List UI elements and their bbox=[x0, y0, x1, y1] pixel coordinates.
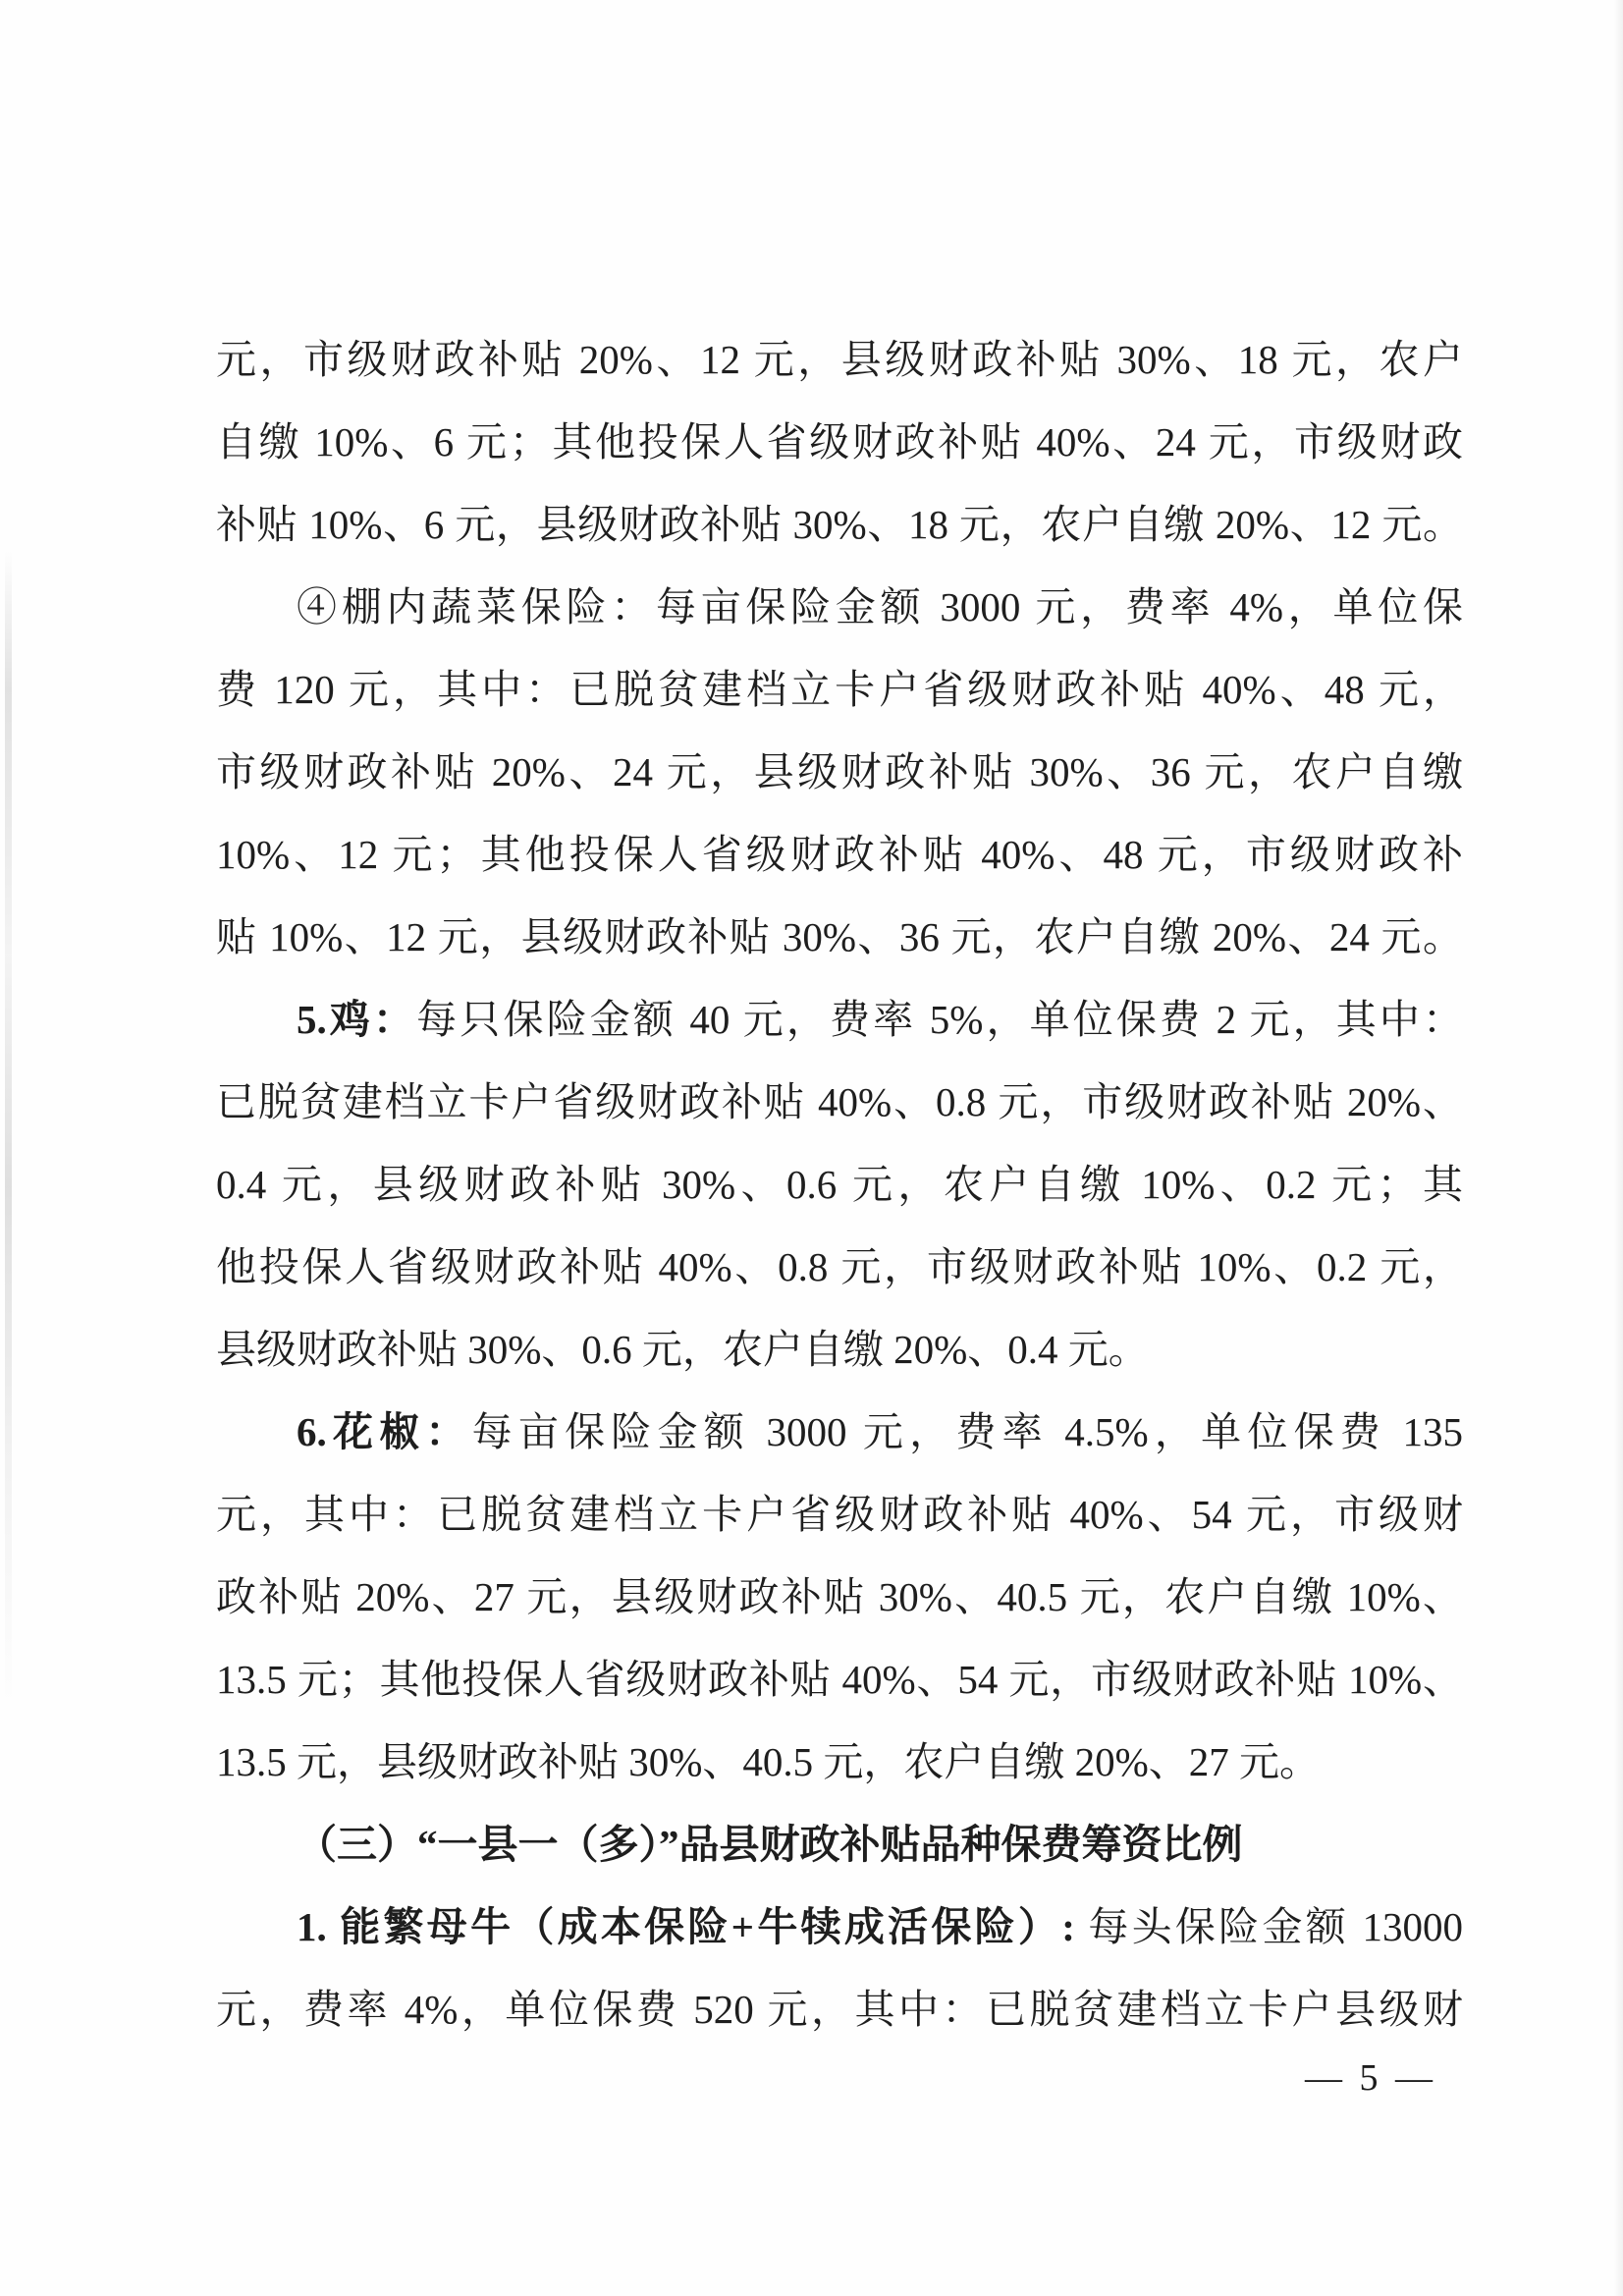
text-segment: 他投保人省级财政补贴 40%、0.8 元，市级财政补贴 10%、0.2 元， bbox=[216, 1244, 1463, 1289]
text-line: 他投保人省级财政补贴 40%、0.8 元，市级财政补贴 10%、0.2 元， bbox=[216, 1226, 1463, 1308]
scan-artifact-right-edge bbox=[1614, 0, 1623, 2296]
text-segment-bold: 6.花椒： bbox=[297, 1409, 472, 1454]
text-line: （三）“一县一（多）”品县财政补贴品种保费筹资比例 bbox=[216, 1803, 1463, 1886]
text-segment: 13.5 元，县级财政补贴 30%、40.5 元，农户自缴 20%、27 元。 bbox=[216, 1739, 1320, 1784]
text-line: 市级财政补贴 20%、24 元，县级财政补贴 30%、36 元，农户自缴 bbox=[216, 731, 1463, 813]
scan-artifact-left-edge bbox=[5, 550, 12, 1709]
text-line: 县级财政补贴 30%、0.6 元，农户自缴 20%、0.4 元。 bbox=[216, 1308, 1463, 1391]
text-segment: 每头保险金额 13000 bbox=[1075, 1904, 1463, 1949]
text-line: 元，费率 4%，单位保费 520 元，其中：已脱贫建档立卡户县级财 bbox=[216, 1968, 1463, 2050]
text-line: 13.5 元，县级财政补贴 30%、40.5 元，农户自缴 20%、27 元。 bbox=[216, 1721, 1463, 1803]
text-segment-bold: 1. 能繁母牛（成本保险+牛犊成活保险）: bbox=[297, 1904, 1075, 1949]
text-segment: 元，其中：已脱贫建档立卡户省级财政补贴 40%、54 元，市级财 bbox=[216, 1492, 1463, 1537]
text-line: 1. 能繁母牛（成本保险+牛犊成活保险）: 每头保险金额 13000 bbox=[216, 1886, 1463, 1968]
document-page: 元，市级财政补贴 20%、12 元，县级财政补贴 30%、18 元，农户自缴 1… bbox=[0, 0, 1623, 2296]
text-segment-bold: （三）“一县一（多）”品县财政补贴品种保费筹资比例 bbox=[297, 1822, 1243, 1867]
text-line: 元，市级财政补贴 20%、12 元，县级财政补贴 30%、18 元，农户 bbox=[216, 318, 1463, 401]
text-line: 补贴 10%、6 元，县级财政补贴 30%、18 元，农户自缴 20%、12 元… bbox=[216, 483, 1463, 566]
text-line: 0.4 元，县级财政补贴 30%、0.6 元，农户自缴 10%、0.2 元；其 bbox=[216, 1143, 1463, 1226]
text-segment: ④棚内蔬菜保险：每亩保险金额 3000 元，费率 4%，单位保 bbox=[297, 584, 1463, 629]
text-segment: 市级财政补贴 20%、24 元，县级财政补贴 30%、36 元，农户自缴 bbox=[216, 749, 1463, 794]
text-segment: 每只保险金额 40 元，费率 5%，单位保费 2 元，其中： bbox=[416, 997, 1463, 1042]
text-line: 6.花椒：每亩保险金额 3000 元，费率 4.5%，单位保费 135 bbox=[216, 1391, 1463, 1473]
text-line: 已脱贫建档立卡户省级财政补贴 40%、0.8 元，市级财政补贴 20%、 bbox=[216, 1061, 1463, 1143]
text-line: 10%、12 元；其他投保人省级财政补贴 40%、48 元，市级财政补 bbox=[216, 813, 1463, 896]
text-segment: 自缴 10%、6 元；其他投保人省级财政补贴 40%、24 元，市级财政 bbox=[216, 419, 1463, 465]
text-line: ④棚内蔬菜保险：每亩保险金额 3000 元，费率 4%，单位保 bbox=[216, 566, 1463, 648]
text-line: 自缴 10%、6 元；其他投保人省级财政补贴 40%、24 元，市级财政 bbox=[216, 401, 1463, 483]
text-segment: 元，费率 4%，单位保费 520 元，其中：已脱贫建档立卡户县级财 bbox=[216, 1987, 1463, 2032]
text-segment: 13.5 元；其他投保人省级财政补贴 40%、54 元，市级财政补贴 10%、 bbox=[216, 1657, 1463, 1702]
text-segment: 已脱贫建档立卡户省级财政补贴 40%、0.8 元，市级财政补贴 20%、 bbox=[216, 1079, 1463, 1124]
text-segment-bold: 5.鸡： bbox=[297, 997, 416, 1042]
text-line: 元，其中：已脱贫建档立卡户省级财政补贴 40%、54 元，市级财 bbox=[216, 1473, 1463, 1556]
text-line: 费 120 元，其中：已脱贫建档立卡户省级财政补贴 40%、48 元， bbox=[216, 648, 1463, 731]
text-segment: 元，市级财政补贴 20%、12 元，县级财政补贴 30%、18 元，农户 bbox=[216, 337, 1463, 382]
text-segment: 费 120 元，其中：已脱贫建档立卡户省级财政补贴 40%、48 元， bbox=[216, 667, 1463, 712]
text-segment: 县级财政补贴 30%、0.6 元，农户自缴 20%、0.4 元。 bbox=[216, 1327, 1149, 1372]
text-segment: 10%、12 元；其他投保人省级财政补贴 40%、48 元，市级财政补 bbox=[216, 832, 1463, 877]
text-line: 贴 10%、12 元，县级财政补贴 30%、36 元，农户自缴 20%、24 元… bbox=[216, 896, 1463, 978]
text-segment: 每亩保险金额 3000 元，费率 4.5%，单位保费 135 bbox=[472, 1409, 1463, 1454]
page-number: — 5 — bbox=[1305, 2056, 1436, 2100]
text-line: 政补贴 20%、27 元，县级财政补贴 30%、40.5 元，农户自缴 10%、 bbox=[216, 1556, 1463, 1638]
text-segment: 补贴 10%、6 元，县级财政补贴 30%、18 元，农户自缴 20%、12 元… bbox=[216, 502, 1463, 547]
text-block: 元，市级财政补贴 20%、12 元，县级财政补贴 30%、18 元，农户自缴 1… bbox=[216, 318, 1463, 2050]
text-segment: 政补贴 20%、27 元，县级财政补贴 30%、40.5 元，农户自缴 10%、 bbox=[216, 1574, 1463, 1619]
text-segment: 贴 10%、12 元，县级财政补贴 30%、36 元，农户自缴 20%、24 元… bbox=[216, 914, 1463, 959]
text-segment: 0.4 元，县级财政补贴 30%、0.6 元，农户自缴 10%、0.2 元；其 bbox=[216, 1162, 1463, 1207]
text-line: 13.5 元；其他投保人省级财政补贴 40%、54 元，市级财政补贴 10%、 bbox=[216, 1638, 1463, 1721]
text-line: 5.鸡：每只保险金额 40 元，费率 5%，单位保费 2 元，其中： bbox=[216, 978, 1463, 1061]
